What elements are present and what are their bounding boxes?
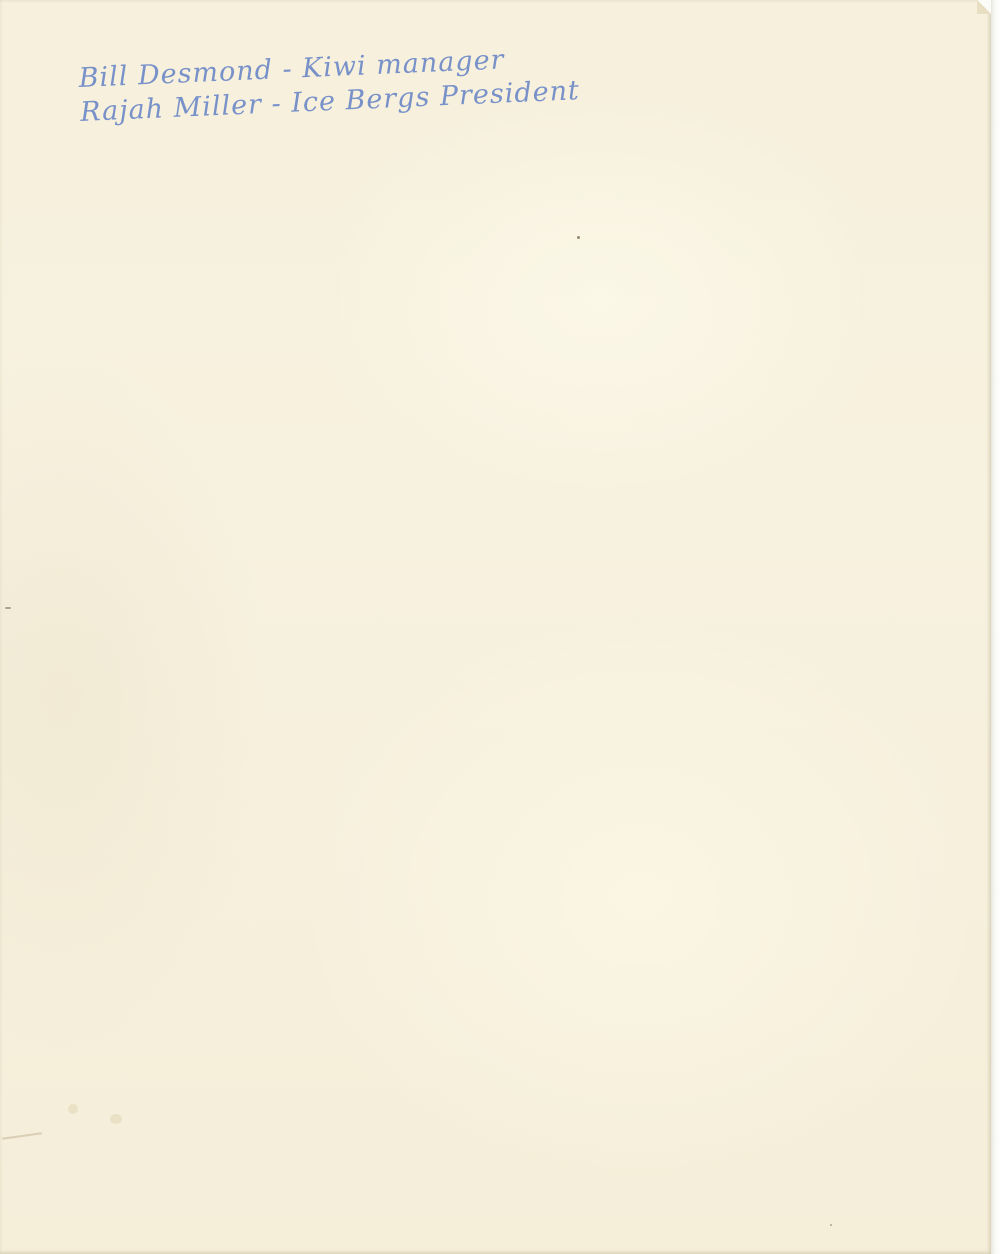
dust-speck	[830, 1224, 832, 1226]
paper-stain	[68, 1104, 78, 1114]
scan-border	[991, 0, 1000, 1254]
dust-speck	[577, 236, 580, 239]
paper-stain	[110, 1114, 122, 1124]
paper-crease	[2, 1132, 42, 1140]
handwritten-inscription: Bill Desmond - Kiwi manager Rajah Miller…	[78, 40, 581, 130]
dust-mark	[5, 607, 11, 609]
photo-back-paper: Bill Desmond - Kiwi manager Rajah Miller…	[0, 0, 991, 1254]
scanned-page: Bill Desmond - Kiwi manager Rajah Miller…	[0, 0, 1000, 1254]
corner-fold	[977, 0, 991, 14]
